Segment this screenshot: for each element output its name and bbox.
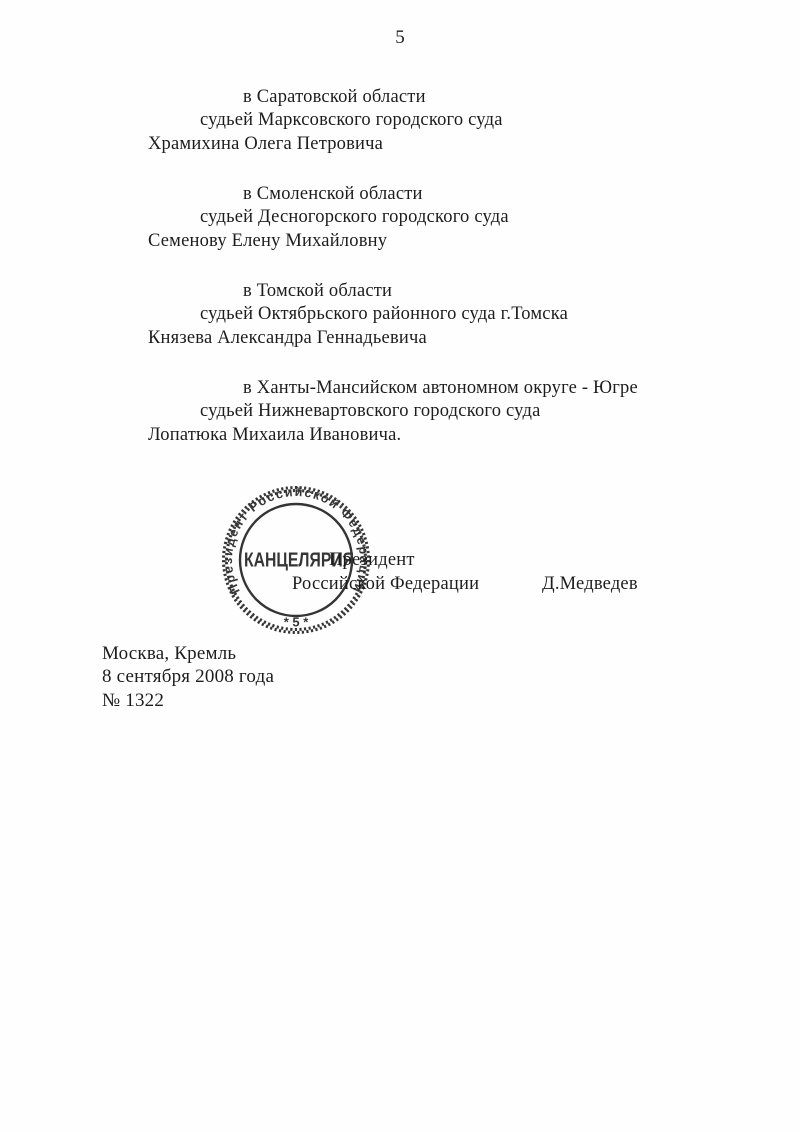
appointment-region: в Ханты-Мансийском автономном округе - Ю… bbox=[0, 377, 760, 400]
footer-date: 8 сентября 2008 года bbox=[102, 665, 274, 688]
page-number: 5 bbox=[0, 27, 800, 49]
appointment-block-khanty-mansi: в Ханты-Мансийском автономном округе - Ю… bbox=[0, 377, 760, 447]
footer-block: Москва, Кремль 8 сентября 2008 года № 13… bbox=[102, 642, 274, 712]
appointment-court: судьей Десногорского городского суда bbox=[0, 206, 760, 229]
appointment-judge-name: Лопатюка Михаила Ивановича. bbox=[0, 424, 760, 447]
signature-signer-name: Д.Медведев bbox=[542, 574, 638, 595]
appointment-court: судьей Нижневартовского городского суда bbox=[0, 400, 760, 423]
stamp-number-text: * 5 * bbox=[284, 615, 310, 630]
footer-place: Москва, Кремль bbox=[102, 642, 274, 665]
appointment-judge-name: Князева Александра Геннадьевича bbox=[0, 327, 760, 350]
appointment-court: судьей Марксовского городского суда bbox=[0, 109, 760, 132]
appointment-block-smolensk: в Смоленской области судьей Десногорског… bbox=[0, 183, 760, 253]
appointment-region: в Саратовской области bbox=[0, 86, 760, 109]
footer-number: № 1322 bbox=[102, 689, 274, 712]
appointment-region: в Смоленской области bbox=[0, 183, 760, 206]
appointment-block-saratov: в Саратовской области судьей Марксовског… bbox=[0, 86, 760, 156]
appointment-region: в Томской области bbox=[0, 280, 760, 303]
appointment-block-tomsk: в Томской области судьей Октябрьского ра… bbox=[0, 280, 760, 350]
stamp-center-text: КАНЦЕЛЯРИЯ bbox=[244, 550, 354, 572]
appointment-judge-name: Семенову Елену Михайловну bbox=[0, 230, 760, 253]
appointment-court: судьей Октябрьского районного суда г.Том… bbox=[0, 303, 760, 326]
appointment-judge-name: Храмихина Олега Петровича bbox=[0, 133, 760, 156]
decree-page: 5 в Саратовской области судьей Марксовск… bbox=[0, 0, 800, 1132]
chancellery-stamp: Президент Российской Федерации * 5 * КАН… bbox=[218, 482, 374, 638]
